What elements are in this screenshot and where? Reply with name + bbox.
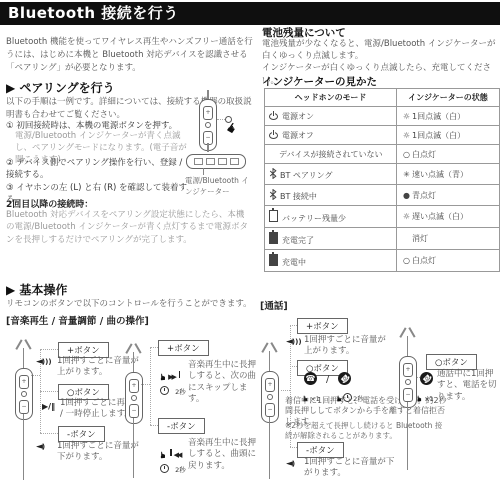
music-section-heading: [音楽再生 / 音量調節 / 曲の操作] xyxy=(6,313,149,327)
power-icon xyxy=(269,130,278,139)
table-row: 充電中 ○白点灯 xyxy=(265,250,500,272)
indicator-table: ヘッドホンのモード インジケーターの状態 電源オン ☼1回点滅（白） 電源オフ … xyxy=(264,88,500,272)
connector xyxy=(31,375,40,376)
minus-button-label: -ボタン xyxy=(297,442,344,458)
volume-up-icon: ◄))) xyxy=(286,337,302,347)
volume-up-icon: ◄))) xyxy=(36,357,52,367)
table-row: 電源オン ☼1回点滅（白） xyxy=(265,107,500,126)
inline-remote-front xyxy=(186,154,246,169)
remote-cable xyxy=(23,348,25,368)
remote-cable xyxy=(407,402,409,470)
connector xyxy=(150,347,151,425)
remote-cable xyxy=(269,351,271,371)
volume-up-button: + xyxy=(19,375,29,389)
plus-button-label: +ボタン xyxy=(297,318,348,334)
fast-blink-icon: ✳ xyxy=(401,170,412,179)
press-once-label: ×1 xyxy=(424,395,434,403)
power-indicator-label: 電源/Bluetooth インジケーター xyxy=(185,176,253,197)
basic-ops-heading: ▶ 基本操作 xyxy=(6,281,67,298)
hold-clock-icon xyxy=(160,464,169,473)
table-row: BT ペアリング ✳速い点滅（青） xyxy=(265,164,500,185)
remote-cable xyxy=(207,90,209,99)
multifunction-button xyxy=(131,395,137,401)
remote-cable xyxy=(207,143,209,152)
minus-button-label: -ボタン xyxy=(58,426,105,442)
multifunction-button xyxy=(405,379,411,385)
phone-answer-icon: ☎ xyxy=(304,372,317,385)
leader-line xyxy=(203,168,204,175)
connector xyxy=(150,347,158,348)
col-mode: ヘッドホンのモード xyxy=(265,89,397,107)
table-row: 充電完了 消灯 xyxy=(265,228,500,250)
slow-blink-icon: ☼ xyxy=(401,212,412,221)
earphone-remote: + − xyxy=(116,346,152,496)
multifunction-button xyxy=(21,391,27,397)
volume-down-button: − xyxy=(265,403,275,417)
connector xyxy=(141,384,150,385)
remote-cable xyxy=(23,414,25,480)
battery-low-icon xyxy=(269,210,278,222)
skip-prev-desc: 音楽再生中に長押しすると、曲頭に戻ります。 xyxy=(188,438,258,472)
lit-icon: ○ xyxy=(401,256,412,265)
bluetooth-icon xyxy=(269,189,277,200)
remote-cable xyxy=(407,336,409,356)
circle-button-label: ○ボタン xyxy=(426,354,477,370)
connector xyxy=(290,325,297,326)
power-button xyxy=(205,122,211,128)
remote-cable xyxy=(133,352,135,372)
battery-icon xyxy=(269,254,278,266)
basic-ops-desc: リモコンのボタンで以下のコントロールを行うことができます。 xyxy=(6,298,258,311)
blink-once-icon: ☼ xyxy=(401,112,412,121)
battery-icon xyxy=(269,232,278,244)
lit-icon: ○ xyxy=(401,150,412,159)
phone-reject-icon: ☎ xyxy=(338,372,351,385)
table-row: BT 接続中 ●青点灯 xyxy=(265,185,500,206)
volume-down-icon: ◄) xyxy=(286,459,295,469)
press-hand-icon: ☛ xyxy=(415,395,424,402)
pairing-step-2: ② デバイス側でペアリング操作を行い、登録 / 接続する。 xyxy=(6,157,186,182)
play-pause-icon: ▶/‖ xyxy=(42,402,55,411)
repeat-connect-body: Bluetooth 対応デバイスをペアリング設定状態にしたら、本機の電源/Blu… xyxy=(6,209,251,246)
connector xyxy=(40,391,58,392)
connector xyxy=(290,447,297,448)
connector xyxy=(150,425,158,426)
volume-down-button: − xyxy=(129,404,139,418)
remote-cable xyxy=(269,417,271,479)
volume-down-icon: ◄) xyxy=(36,442,45,452)
connector xyxy=(40,433,58,434)
col-status: インジケーターの状態 xyxy=(396,89,499,107)
battery-heading: 電池残量について xyxy=(262,25,346,40)
earphone-remote: + − xyxy=(390,330,426,480)
skip-next-desc: 音楽再生中に長押しすると、次の曲にスキップします。 xyxy=(188,360,258,406)
bluetooth-icon xyxy=(269,168,277,179)
blink-once-icon: ☼ xyxy=(401,131,412,140)
plus-button-label: +ボタン xyxy=(158,340,209,356)
bluetooth-intro-text: Bluetooth 機能を使ってワイヤレス再生やハンズフリー通話を行うには、はじ… xyxy=(6,36,253,74)
volume-up-button: + xyxy=(129,379,139,393)
call-volume-down-desc: 1回押すごとに音量が下がります。 xyxy=(304,457,400,480)
call-section-heading: [通話] xyxy=(260,298,288,312)
call-volume-up-desc: 1回押すごとに音量が上がります。 xyxy=(304,335,390,358)
slash-separator: / xyxy=(326,374,329,385)
earphone-remote-diagram: + − ☛ xyxy=(190,90,254,152)
battery-line-1: 電池残量が少なくなると、電源/Bluetooth インジケーターが白くゆっくり点… xyxy=(262,39,498,63)
earphone-remote: + − xyxy=(252,345,288,495)
remote-cable xyxy=(133,418,135,478)
connector xyxy=(281,390,290,391)
volume-up-button: + xyxy=(203,106,213,120)
remote-body: + − xyxy=(261,371,279,423)
minus-button-label: -ボタン xyxy=(158,418,205,434)
hold-time-label: 2秒 xyxy=(175,388,186,396)
call-hangup-desc: 通話中に1回押すと、電話を切ります。 xyxy=(437,369,497,403)
power-icon xyxy=(269,111,278,120)
indicator-heading: インジケーターの見かた xyxy=(262,74,377,89)
connector xyxy=(290,366,297,367)
connector xyxy=(217,119,225,120)
connector xyxy=(40,349,58,350)
volume-down-button: − xyxy=(19,400,29,414)
manual-page: Bluetooth 接続を行う Bluetooth 機能を使ってワイヤレス再生や… xyxy=(0,0,500,500)
hold-clock-icon xyxy=(160,386,169,395)
multifunction-button xyxy=(267,394,273,400)
remote-body: + − xyxy=(125,372,143,424)
hold-time-label: 2秒 xyxy=(175,466,186,474)
pairing-heading: ▶ ペアリングを行う xyxy=(6,79,115,96)
phone-hangup-icon: ☎ xyxy=(420,372,433,385)
table-row: デバイスが接続されていない ○白点灯 xyxy=(265,145,500,164)
volume-up-button: + xyxy=(265,378,275,392)
volume-down-button: − xyxy=(403,388,413,402)
volume-up-button: + xyxy=(403,363,413,377)
page-title: Bluetooth 接続を行う xyxy=(0,2,500,25)
table-row: バッテリー残量少 ☼遅い点滅（白） xyxy=(265,206,500,228)
solid-icon: ● xyxy=(401,191,412,200)
table-header-row: ヘッドホンのモード インジケーターの状態 xyxy=(265,89,500,107)
table-row: 電源オフ ☼1回点滅（白） xyxy=(265,126,500,145)
